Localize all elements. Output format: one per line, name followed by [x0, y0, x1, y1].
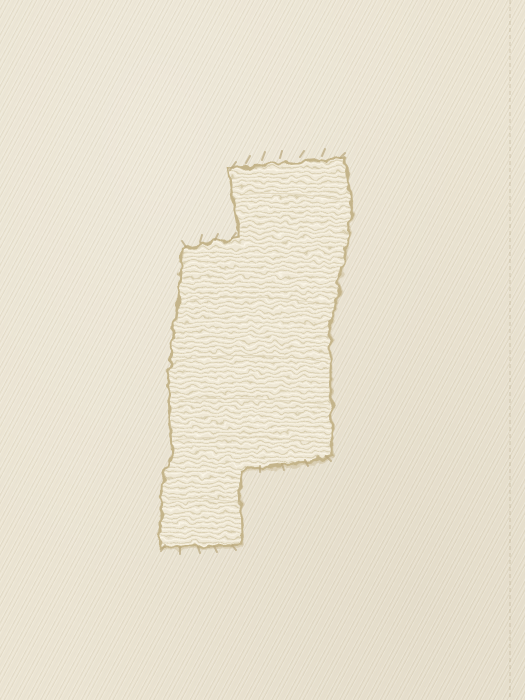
denim-fabric-photo — [0, 0, 525, 700]
distressed-rip — [0, 0, 525, 700]
